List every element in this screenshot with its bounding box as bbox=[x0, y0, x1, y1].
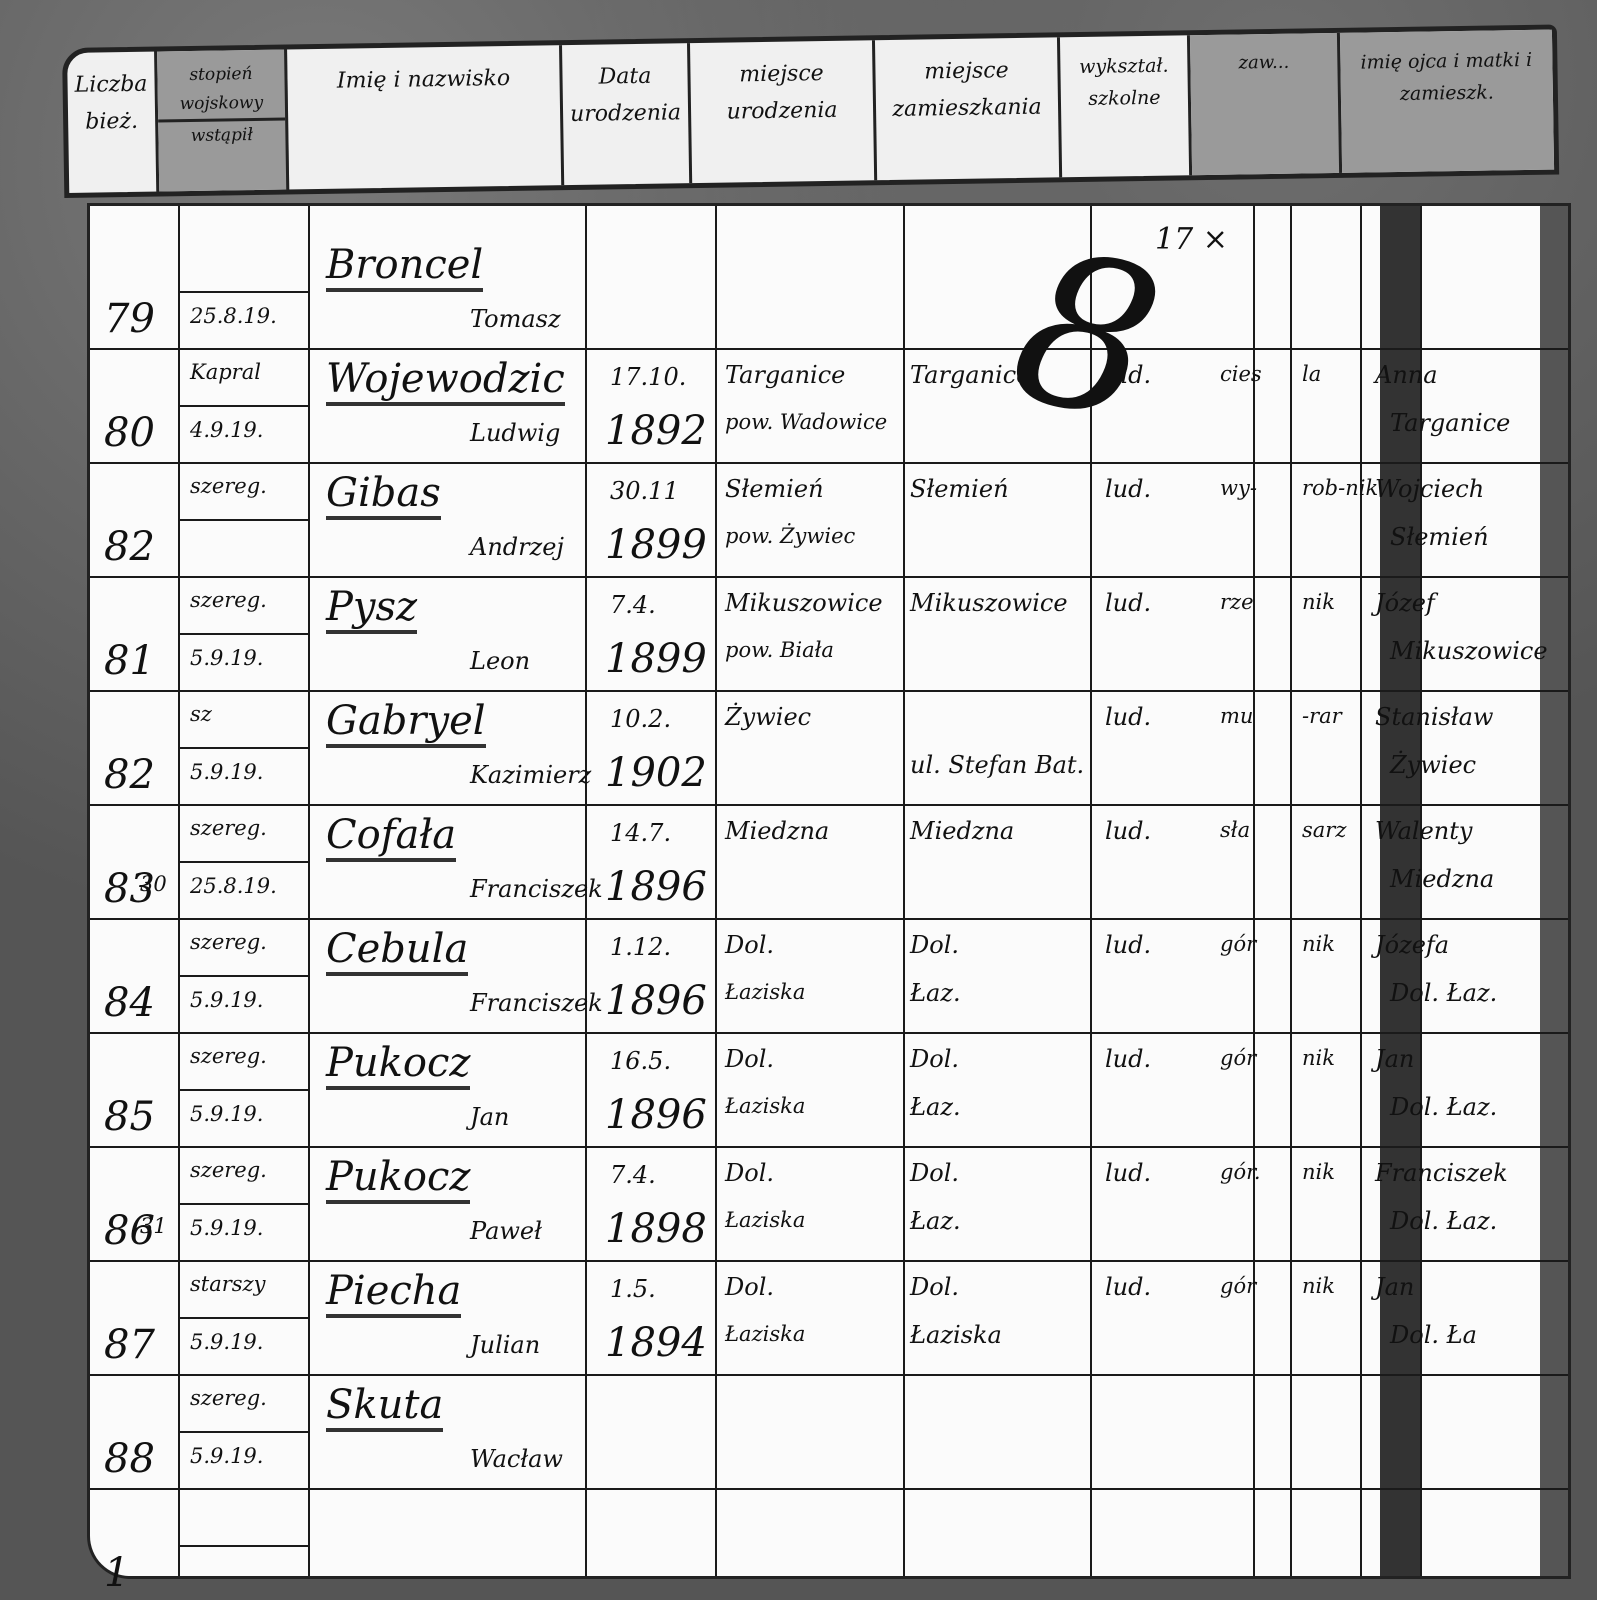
birthplace-district: Łaziska bbox=[725, 1208, 805, 1232]
given-name: Jan bbox=[470, 1104, 509, 1132]
header-label: miejsce zamieszkania bbox=[892, 58, 1042, 122]
surname: Cebula bbox=[326, 926, 468, 976]
parent-name: Stanisław bbox=[1375, 704, 1493, 732]
parent-residence: Dol. Łaz. bbox=[1390, 1208, 1497, 1236]
given-name: Paweł bbox=[470, 1218, 542, 1246]
row-number: 85 bbox=[104, 1094, 155, 1140]
parent-residence: Dol. Ła bbox=[1390, 1322, 1477, 1350]
header-number: Liczba bież. bbox=[67, 52, 159, 193]
header-parents: imię ojca i matki i zamieszk. bbox=[1340, 30, 1554, 173]
education: lud. bbox=[1105, 590, 1151, 618]
education: lud. bbox=[1105, 704, 1151, 732]
header-birthplace: miejsce urodzenia bbox=[690, 40, 877, 183]
occupation-part2: -rar bbox=[1302, 704, 1342, 728]
residence-detail: Łaz. bbox=[910, 980, 961, 1008]
birth-day: 16.5. bbox=[610, 1048, 671, 1076]
residence: Dol. bbox=[910, 1046, 959, 1074]
rank: szereg. bbox=[190, 1044, 267, 1068]
residence-detail: Łaz. bbox=[910, 1094, 961, 1122]
parent-name: Franciszek bbox=[1375, 1160, 1508, 1188]
birthplace: Dol. bbox=[725, 932, 774, 960]
rank: szereg. bbox=[190, 474, 267, 498]
table-row: 82szereg.GibasAndrzej30.111899Słemieńpow… bbox=[90, 462, 1540, 576]
parent-residence: Dol. Łaz. bbox=[1390, 1094, 1497, 1122]
parent-name: Anna bbox=[1375, 362, 1438, 390]
birth-day: 14.7. bbox=[610, 820, 671, 848]
parent-name: Jan bbox=[1375, 1274, 1414, 1302]
given-name: Franciszek bbox=[470, 876, 603, 904]
occupation-part2: sarz bbox=[1302, 818, 1346, 842]
parent-residence: Dol. Łaz. bbox=[1390, 980, 1497, 1008]
row-number: 80 bbox=[104, 410, 155, 456]
occupation-part1: sła bbox=[1220, 818, 1250, 842]
surname: Cofała bbox=[326, 812, 456, 862]
residence-detail: Łaziska bbox=[910, 1322, 1002, 1350]
occupation-part1: gór bbox=[1220, 1274, 1256, 1298]
joined-date: 5.9.19. bbox=[190, 1102, 263, 1126]
row-number: 87 bbox=[104, 1322, 155, 1368]
birth-year: 1896 bbox=[605, 978, 707, 1024]
occupation-part1: gór bbox=[1220, 932, 1256, 956]
birth-day: 1.5. bbox=[610, 1276, 656, 1304]
joined-date: 4.9.19. bbox=[190, 418, 263, 442]
birth-year: 1896 bbox=[605, 1092, 707, 1138]
birth-year: 1894 bbox=[605, 1320, 707, 1366]
birth-day: 10.2. bbox=[610, 706, 671, 734]
page-edge-shadow bbox=[1540, 206, 1568, 1576]
header-rank: stopień wojskowy wstąpił bbox=[157, 49, 289, 191]
surname: Piecha bbox=[326, 1268, 461, 1318]
parent-name: Józefa bbox=[1375, 932, 1449, 960]
birth-year: 1899 bbox=[605, 636, 707, 682]
row-number-extra: 30 bbox=[140, 872, 167, 896]
table-row: 80Kapral4.9.19.WojewodzicLudwig17.10.189… bbox=[90, 348, 1540, 462]
birthplace-district: Łaziska bbox=[725, 1094, 805, 1118]
table-row: 7925.8.19.BroncelTomasz bbox=[90, 234, 1540, 348]
education: lud. bbox=[1105, 818, 1151, 846]
residence: Mikuszowice bbox=[910, 590, 1068, 618]
rank: sz bbox=[190, 702, 212, 726]
birth-day: 7.4. bbox=[610, 1162, 656, 1190]
surname: Gabryel bbox=[326, 698, 486, 748]
row-number-extra: 31 bbox=[140, 1214, 167, 1238]
birthplace: Dol. bbox=[725, 1274, 774, 1302]
birthplace: Żywiec bbox=[725, 704, 811, 732]
header-label: Imię i nazwisko bbox=[337, 66, 511, 94]
rank: szereg. bbox=[190, 816, 267, 840]
residence-detail: Łaz. bbox=[910, 1208, 961, 1236]
occupation-part2: rob-nik bbox=[1302, 476, 1378, 500]
occupation-part1: wy- bbox=[1220, 476, 1257, 500]
rank: szereg. bbox=[190, 930, 267, 954]
residence: Dol. bbox=[910, 1274, 959, 1302]
birthplace: Słemień bbox=[725, 476, 824, 504]
birth-day: 30.11 bbox=[610, 478, 679, 506]
surname: Wojewodzic bbox=[326, 356, 565, 406]
rank: szereg. bbox=[190, 588, 267, 612]
joined-date: 25.8.19. bbox=[190, 874, 277, 898]
education: lud. bbox=[1105, 1274, 1151, 1302]
row-number: 84 bbox=[104, 980, 155, 1026]
birth-year: 1898 bbox=[605, 1206, 707, 1252]
birthplace: Mikuszowice bbox=[725, 590, 883, 618]
joined-date: 5.9.19. bbox=[190, 1330, 263, 1354]
birthplace: Targanice bbox=[725, 362, 845, 390]
joined-date: 5.9.19. bbox=[190, 988, 263, 1012]
header-label: imię ojca i matki i zamieszk. bbox=[1360, 49, 1532, 105]
birthplace-district: Łaziska bbox=[725, 1322, 805, 1346]
birthplace: Dol. bbox=[725, 1046, 774, 1074]
parent-name: Jan bbox=[1375, 1046, 1414, 1074]
joined-date: 5.9.19. bbox=[190, 1216, 263, 1240]
header-label: stopień wojskowy bbox=[179, 64, 263, 114]
occupation-part1: gór. bbox=[1220, 1160, 1261, 1184]
given-name: Ludwig bbox=[470, 420, 560, 448]
occupation-part1: cies bbox=[1220, 362, 1262, 386]
residence: Dol. bbox=[910, 932, 959, 960]
joined-date: 25.8.19. bbox=[190, 304, 277, 328]
joined-date: 5.9.19. bbox=[190, 760, 263, 784]
parent-name: Walenty bbox=[1375, 818, 1472, 846]
joined-date: 5.9.19. bbox=[190, 1444, 263, 1468]
birthplace: Dol. bbox=[725, 1160, 774, 1188]
surname: Pukocz bbox=[326, 1040, 470, 1090]
birth-year: 1902 bbox=[605, 750, 707, 796]
given-name: Leon bbox=[470, 648, 530, 676]
row-number: 81 bbox=[104, 638, 155, 684]
header-education: wykształ. szkolne bbox=[1060, 35, 1192, 177]
table-row: 88szereg.5.9.19.SkutaWacław bbox=[90, 1374, 1540, 1488]
surname: Broncel bbox=[326, 242, 483, 292]
header-residence: miejsce zamieszkania bbox=[875, 37, 1062, 180]
header-sublabel: wstąpił bbox=[158, 117, 285, 151]
education: lud. bbox=[1105, 1160, 1151, 1188]
parent-residence: Targanice bbox=[1390, 410, 1510, 438]
header-label: Data urodzenia bbox=[570, 64, 681, 128]
parent-residence: Słemień bbox=[1390, 524, 1489, 552]
occupation-part2: la bbox=[1302, 362, 1321, 386]
parent-residence: Żywiec bbox=[1390, 752, 1476, 780]
register-sheet: 7925.8.19.BroncelTomasz80Kapral4.9.19.Wo… bbox=[90, 206, 1568, 1576]
parent-name: Józef bbox=[1375, 590, 1435, 618]
rank: Kapral bbox=[190, 360, 261, 384]
table-header: Liczba bież. stopień wojskowy wstąpił Im… bbox=[62, 25, 1559, 198]
given-name: Wacław bbox=[470, 1446, 563, 1474]
given-name: Franciszek bbox=[470, 990, 603, 1018]
residence: Dol. bbox=[910, 1160, 959, 1188]
table-row: 84szereg.5.9.19.CebulaFranciszek1.12.189… bbox=[90, 918, 1540, 1032]
rank: szereg. bbox=[190, 1386, 267, 1410]
header-label: zaw... bbox=[1238, 52, 1289, 74]
given-name: Kazimierz bbox=[470, 762, 591, 790]
residence: Miedzna bbox=[910, 818, 1014, 846]
education: lud. bbox=[1105, 932, 1151, 960]
row-number: 82 bbox=[104, 752, 155, 798]
given-name: Tomasz bbox=[470, 306, 561, 334]
table-row: 81szereg.5.9.19.PyszLeon7.4.1899Mikuszow… bbox=[90, 576, 1540, 690]
header-label: wykształ. szkolne bbox=[1079, 55, 1169, 111]
table-row: 8631szereg.5.9.19.PukoczPaweł7.4.1898Dol… bbox=[90, 1146, 1540, 1260]
header-label: Liczba bież. bbox=[75, 72, 148, 135]
parent-residence: Miedzna bbox=[1390, 866, 1494, 894]
table-row: 85szereg.5.9.19.PukoczJan16.5.1896Dol.Ła… bbox=[90, 1032, 1540, 1146]
occupation-part2: nik bbox=[1302, 1274, 1335, 1298]
header-dob: Data urodzenia bbox=[562, 43, 692, 185]
birth-day: 1.12. bbox=[610, 934, 671, 962]
rank: szereg. bbox=[190, 1158, 267, 1182]
table-row: 82sz5.9.19.GabryelKazimierz10.2.1902Żywi… bbox=[90, 690, 1540, 804]
rank: starszy bbox=[190, 1272, 265, 1296]
header-name: Imię i nazwisko bbox=[287, 45, 564, 189]
birthplace-district: pow. Żywiec bbox=[725, 524, 855, 548]
occupation-part2: nik bbox=[1302, 932, 1335, 956]
header-occupation: zaw... bbox=[1190, 33, 1342, 175]
surname: Pukocz bbox=[326, 1154, 470, 1204]
residence-detail: ul. Stefan Bat. bbox=[910, 752, 1084, 780]
joined-date: 5.9.19. bbox=[190, 646, 263, 670]
occupation-part1: gór bbox=[1220, 1046, 1256, 1070]
row-number: 82 bbox=[104, 524, 155, 570]
table-row: 87starszy5.9.19.PiechaJulian1.5.1894Dol.… bbox=[90, 1260, 1540, 1374]
table-row: 1 bbox=[90, 1488, 1540, 1600]
surname: Pysz bbox=[326, 584, 417, 634]
birth-day: 7.4. bbox=[610, 592, 656, 620]
birth-year: 1899 bbox=[605, 522, 707, 568]
row-number: 79 bbox=[104, 296, 155, 342]
birthplace-district: pow. Biała bbox=[725, 638, 834, 662]
occupation-part2: nik bbox=[1302, 590, 1335, 614]
residence: Słemień bbox=[910, 476, 1009, 504]
parent-name: Wojciech bbox=[1375, 476, 1484, 504]
row-number: 1 bbox=[104, 1550, 129, 1596]
surname: Skuta bbox=[326, 1382, 443, 1432]
birthplace-district: pow. Wadowice bbox=[725, 410, 887, 434]
occupation-part1: rze bbox=[1220, 590, 1254, 614]
row-number: 88 bbox=[104, 1436, 155, 1482]
surname: Gibas bbox=[326, 470, 441, 520]
table-row: 8330szereg.25.8.19.CofałaFranciszek14.7.… bbox=[90, 804, 1540, 918]
birthplace: Miedzna bbox=[725, 818, 829, 846]
occupation-part2: nik bbox=[1302, 1160, 1335, 1184]
given-name: Andrzej bbox=[470, 534, 564, 562]
occupation-part1: mu bbox=[1220, 704, 1253, 728]
education: lud. bbox=[1105, 1046, 1151, 1074]
small-handwritten-mark: 17 × bbox=[1155, 222, 1228, 257]
parent-residence: Mikuszowice bbox=[1390, 638, 1548, 666]
birth-year: 1892 bbox=[605, 408, 707, 454]
header-label: miejsce urodzenia bbox=[726, 61, 837, 125]
given-name: Julian bbox=[470, 1332, 540, 1360]
birth-day: 17.10. bbox=[610, 364, 686, 392]
birthplace-district: Łaziska bbox=[725, 980, 805, 1004]
occupation-part2: nik bbox=[1302, 1046, 1335, 1070]
birth-year: 1896 bbox=[605, 864, 707, 910]
education: lud. bbox=[1105, 476, 1151, 504]
